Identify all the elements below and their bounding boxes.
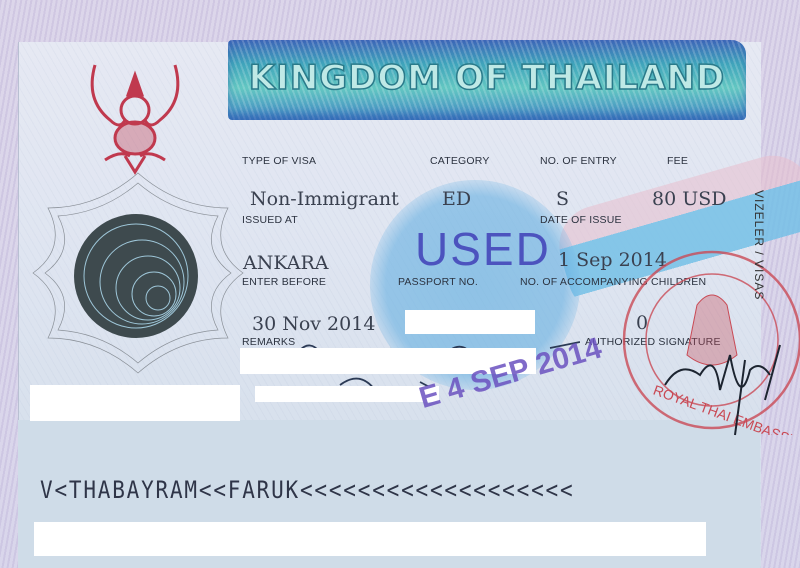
garuda-emblem-icon bbox=[80, 60, 190, 175]
date-of-issue-label: DATE OF ISSUE bbox=[540, 214, 622, 226]
visa-page: KINGDOM OF THAILAND TYPE OF VISA CATEGOR… bbox=[0, 0, 800, 568]
fee-value: 80 USD bbox=[652, 188, 726, 210]
document-title: KINGDOM OF THAILAND bbox=[228, 58, 746, 98]
passport-no-label: PASSPORT NO. bbox=[398, 276, 478, 288]
used-stamp: USED bbox=[415, 222, 551, 276]
fee-label: FEE bbox=[667, 155, 688, 167]
type-of-visa-label: TYPE OF VISA bbox=[242, 155, 316, 167]
title-banner: KINGDOM OF THAILAND bbox=[228, 40, 746, 120]
remarks-line2-redacted bbox=[255, 386, 439, 402]
mrz-line-2-redacted bbox=[34, 522, 706, 556]
enter-before-label: ENTER BEFORE bbox=[242, 276, 326, 288]
passport-no-redacted bbox=[405, 310, 535, 334]
side-label: VIZELER / VISAS bbox=[752, 190, 766, 300]
issued-at-label: ISSUED AT bbox=[242, 214, 298, 226]
issued-at-value: ANKARA bbox=[243, 252, 329, 274]
type-of-visa-value: Non-Immigrant bbox=[250, 188, 399, 210]
hologram-rosette-icon bbox=[28, 168, 248, 378]
category-value: ED bbox=[442, 188, 471, 210]
category-label: CATEGORY bbox=[430, 155, 490, 167]
left-redacted bbox=[30, 385, 240, 421]
enter-before-value: 30 Nov 2014 bbox=[252, 313, 375, 335]
no-of-entry-label: NO. OF ENTRY bbox=[540, 155, 617, 167]
no-of-entry-value: S bbox=[556, 188, 569, 210]
authorized-signature-icon bbox=[660, 330, 790, 440]
mrz-line-1: V<THABAYRAM<<FARUK<<<<<<<<<<<<<<<<<<< bbox=[40, 476, 574, 504]
